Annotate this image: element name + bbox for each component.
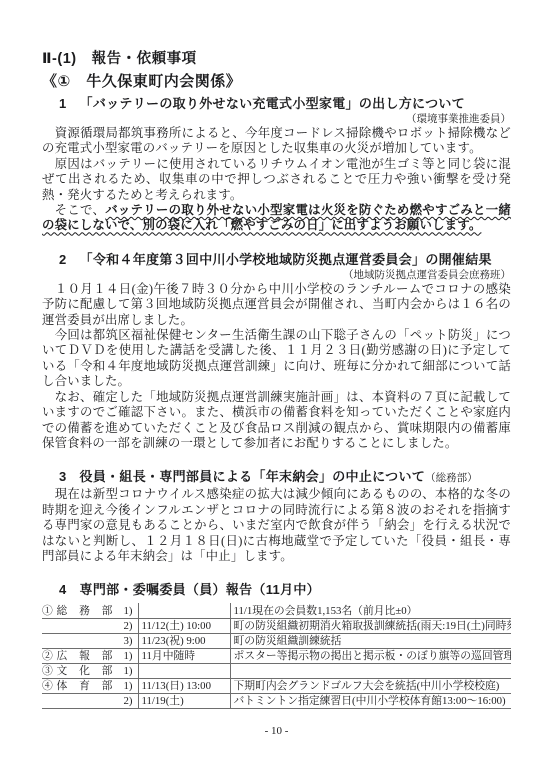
section-2-number: 2 — [59, 252, 67, 268]
cell-description: 町の防災組織初期消火箱取扱訓練統括(雨天:19日(土)同時刻) — [230, 618, 511, 633]
table-row: ① 総 務 部 1) 11/1現在の会員数1,153名（前月比±0） — [42, 603, 511, 618]
section-4-title-text: 専門部・委嘱委員（員）報告（11月中） — [80, 582, 320, 597]
section-1-heading: 1「バッテリーの取り外せない充電式小型家電」の出し方について — [42, 96, 511, 112]
cell-datetime — [138, 603, 230, 618]
section-3-title-text: 役員・組長・専門部員による「年末納会」の中止について — [80, 469, 426, 484]
cell-item-number: 2) — [114, 618, 138, 633]
section-2-heading: 2「令和４年度第３回中川小学校地域防災拠点運営委員会」の開催結果 — [42, 252, 511, 268]
doc-title: Ⅱ-(1) 報告・依頼事項 — [42, 50, 511, 68]
cell-description: 下期町内会グランドゴルフ大会を統括(中川小学校校庭) — [230, 678, 511, 693]
cell-datetime: 11/13(日) 13:00 — [138, 678, 230, 693]
cell-datetime: 11/12(土) 10:00 — [138, 618, 230, 633]
cell-item-number: 3) — [114, 633, 138, 648]
section-3-heading: 3役員・組長・専門部員による「年末納会」の中止について（総務部） — [42, 469, 511, 487]
cell-datetime: 11/23(祝) 9:00 — [138, 633, 230, 648]
table-row: 3) 11/23(祝) 9:00 町の防災組織訓練統括 — [42, 633, 511, 648]
section-1-paragraph-3: そこで、バッテリーの取り外せない小型家電は火災を防ぐため燃やすごみと一緒の袋にし… — [42, 203, 511, 234]
table-row: ③ 文 化 部 1) — [42, 663, 511, 678]
cell-description: バトミントン指定練習日(中川小学校体育館13:00～16:00) — [230, 693, 511, 708]
cell-department — [42, 633, 114, 648]
cell-item-number: 1) — [114, 663, 138, 678]
section-2-paragraph-1: １０月１４日(金)午後７時３０分から中川小学校のランチルームでコロナの感染予防に… — [42, 282, 511, 328]
table-row: ④ 体 育 部 1) 11/13(日) 13:00 下期町内会グランドゴルフ大会… — [42, 678, 511, 693]
section-2-paragraph-2: 今回は都筑区福祉保健センター生活衛生課の山下聡子さんの「ペット防災」についてＤＶ… — [42, 328, 511, 390]
table-row: 2) 11/19(土) バトミントン指定練習日(中川小学校体育館13:00～16… — [42, 693, 511, 708]
section-4-heading: 4専門部・委嘱委員（員）報告（11月中） — [42, 582, 511, 598]
cell-description — [230, 663, 511, 678]
cell-description: 町の防災組織訓練統括 — [230, 633, 511, 648]
section-1-title-text: 「バッテリーの取り外せない充電式小型家電」の出し方について — [80, 96, 465, 111]
doc-subtitle: 《① 牛久保東町内会関係》 — [42, 72, 511, 91]
cell-department — [42, 618, 114, 633]
section-2-title-text: 「令和４年度第３回中川小学校地域防災拠点運営委員会」の開催結果 — [80, 252, 492, 267]
section-3: 3役員・組長・専門部員による「年末納会」の中止について（総務部） 現在は新型コロ… — [42, 469, 511, 564]
cell-department: ④ 体 育 部 — [42, 678, 114, 693]
section-2-credit: （地域防災拠点運営委員会庶務班） — [42, 269, 511, 282]
report-table: ① 総 務 部 1) 11/1現在の会員数1,153名（前月比±0） 2) 11… — [42, 603, 511, 709]
paragraph-lead: そこで、 — [42, 203, 105, 217]
section-1-paragraph-2: 原因はバッテリーに使用されているリチウムイオン電池が生ゴミ等と同じ袋に混ぜて出さ… — [42, 157, 511, 203]
table-row: ② 広 報 部 1) 11月中随時 ポスター等掲示物の掲出と掲示板・のぼり旗等の… — [42, 648, 511, 663]
section-1: 1「バッテリーの取り外せない充電式小型家電」の出し方について （環境事業推進委員… — [42, 96, 511, 234]
emphasis-text: バッテリーの取り外せない小型家電は火災を防ぐため燃やすごみと一緒の袋にしないで、… — [42, 203, 511, 232]
cell-item-number: 1) — [114, 648, 138, 663]
cell-description: ポスター等掲示物の掲出と掲示板・のぼり旗等の巡回管理 — [230, 648, 511, 663]
section-4-number: 4 — [59, 582, 67, 598]
section-3-number: 3 — [59, 469, 67, 485]
cell-item-number: 1) — [114, 678, 138, 693]
cell-datetime — [138, 663, 230, 678]
section-3-paragraph-1: 現在は新型コロナウイルス感染症の拡大は減少傾向にあるものの、本格的な冬の時期を迎… — [42, 487, 511, 564]
cell-item-number: 1) — [114, 603, 138, 618]
cell-department: ① 総 務 部 — [42, 603, 114, 618]
cell-description: 11/1現在の会員数1,153名（前月比±0） — [230, 603, 511, 618]
section-3-credit: （総務部） — [425, 473, 478, 484]
cell-item-number: 2) — [114, 693, 138, 708]
cell-datetime: 11月中随時 — [138, 648, 230, 663]
section-1-number: 1 — [59, 96, 67, 112]
document-page: Ⅱ-(1) 報告・依頼事項 《① 牛久保東町内会関係》 1「バッテリーの取り外せ… — [0, 0, 549, 776]
section-2: 2「令和４年度第３回中川小学校地域防災拠点運営委員会」の開催結果 （地域防災拠点… — [42, 252, 511, 451]
cell-department: ② 広 報 部 — [42, 648, 114, 663]
section-2-paragraph-3: なお、確定した「地域防災拠点運営訓練実施計画」は、本資料の７頁に記載していますの… — [42, 390, 511, 452]
cell-department: ③ 文 化 部 — [42, 663, 114, 678]
cell-datetime: 11/19(土) — [138, 693, 230, 708]
section-1-credit: （環境事業推進委員） — [42, 113, 511, 126]
section-4: 4専門部・委嘱委員（員）報告（11月中） ① 総 務 部 1) 11/1現在の会… — [42, 582, 511, 709]
cell-department — [42, 693, 114, 708]
section-1-paragraph-1: 資源循環局都筑事務所によると、今年度コードレス掃除機やロボット掃除機などの充電式… — [42, 126, 511, 157]
table-row: 2) 11/12(土) 10:00 町の防災組織初期消火箱取扱訓練統括(雨天:1… — [42, 618, 511, 633]
page-number: - 10 - — [42, 725, 511, 737]
